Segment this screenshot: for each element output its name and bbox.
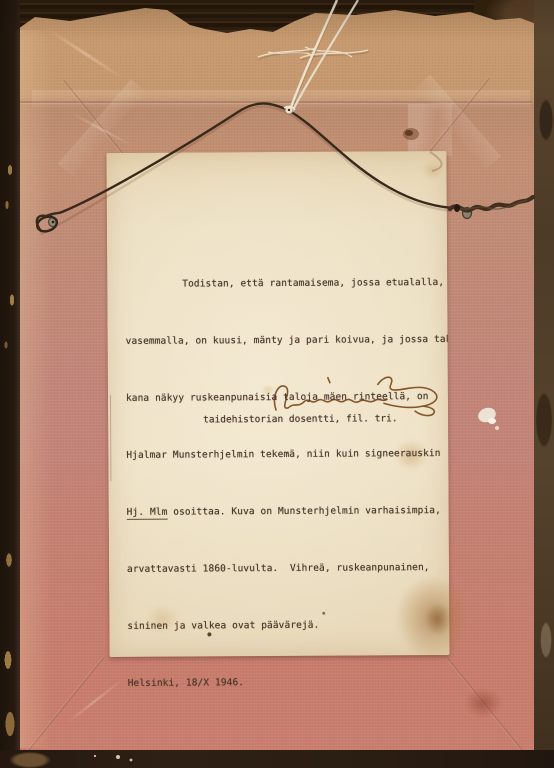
certificate-line-2: vasemmalla, on kuusi, mänty ja pari koiv… <box>126 330 448 351</box>
frame-edge-left <box>0 0 20 768</box>
certificate-line-1: Todistan, että rantamaisema, jossa etual… <box>125 273 447 294</box>
frame-edge-right <box>534 0 554 768</box>
certificate-line-7: sininen ja valkea ovat päävärejä. <box>127 615 449 636</box>
certificate-line-8: Helsinki, 18/X 1946. <box>128 672 450 693</box>
certificate-label: Todistan, että rantamaisema, jossa etual… <box>106 151 449 657</box>
certificate-line-3: kana näkyy ruskeanpunaisia taloja mäen r… <box>126 387 448 408</box>
fabric-stain <box>464 688 502 718</box>
label-edge-crease <box>110 395 112 481</box>
typewritten-text-block: Todistan, että rantamaisema, jossa etual… <box>125 235 450 731</box>
certificate-line-5-rest: osoittaa. Kuva on Munsterhjelmin varhais… <box>167 505 441 518</box>
certificate-line-4: Hjalmar Munsterhjelmin tekemä, niin kuin… <box>126 444 448 465</box>
certificate-line-6: arvattavasti 1860-luvulta. Vihreä, ruske… <box>127 558 449 579</box>
frame-edge-bottom <box>0 750 554 768</box>
certificate-line-5: Hj. Mlm osoittaa. Kuva on Munsterhjelmin… <box>127 501 449 522</box>
stain-top-right <box>416 157 448 183</box>
backing-light-strip <box>18 30 52 748</box>
painting-back-photo: Todistan, että rantamaisema, jossa etual… <box>0 0 554 768</box>
signature-monogram-ref: Hj. Mlm <box>127 507 168 520</box>
